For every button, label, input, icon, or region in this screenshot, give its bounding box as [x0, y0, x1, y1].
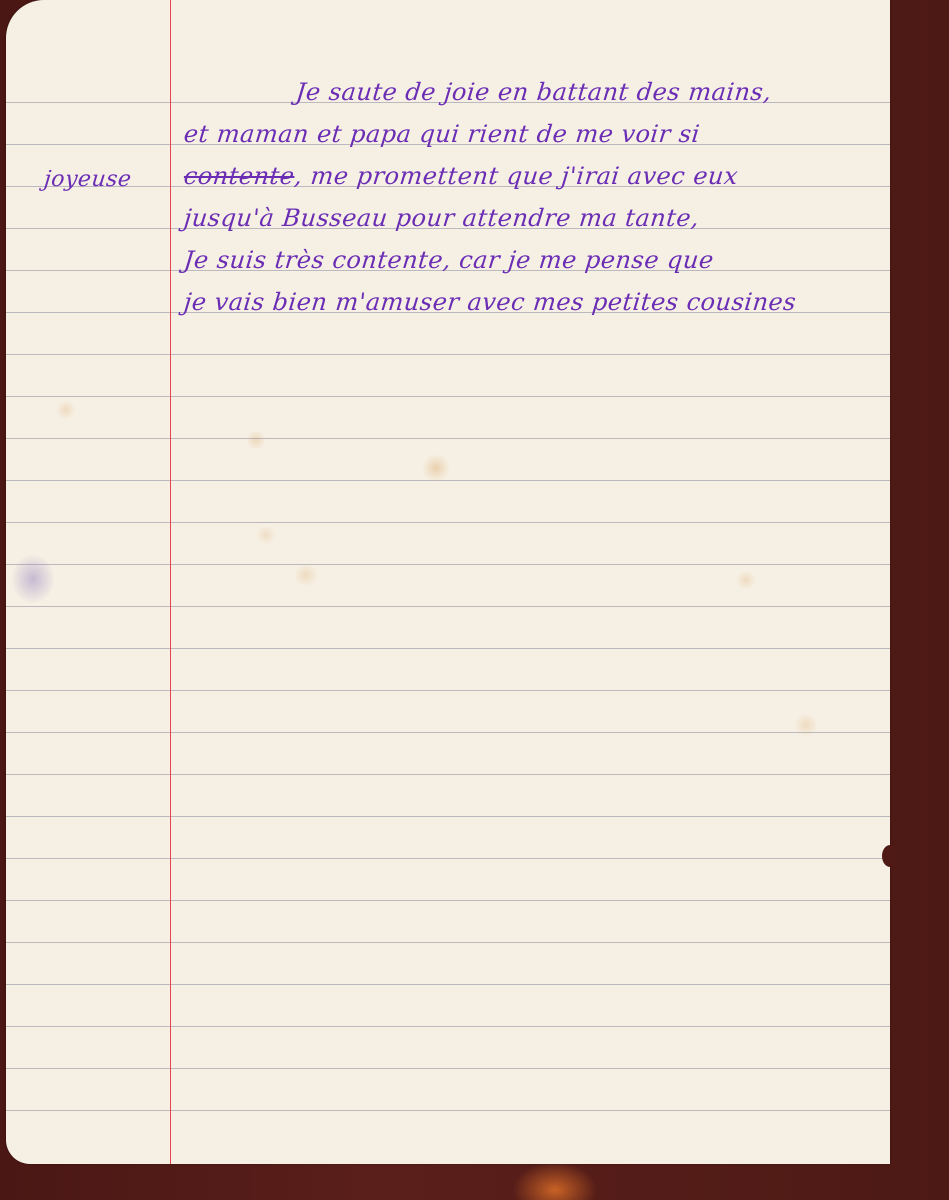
- text-line-3: contente, me promettent que j'irai avec …: [183, 162, 740, 190]
- margin-note: joyeuse: [43, 167, 133, 192]
- text-line-1: Je saute de joie en battant des mains,: [295, 78, 774, 106]
- text-line-6: je vais bien m'amuser avec mes petites c…: [183, 288, 798, 316]
- text-line-2: et maman et papa qui rient de me voir si: [183, 120, 702, 148]
- text-line-4: jusqu'à Busseau pour attendre ma tante,: [183, 204, 701, 232]
- red-margin-line: [170, 0, 171, 1164]
- torn-edge: [882, 845, 898, 867]
- ink-stain: [12, 555, 54, 603]
- struck-word: contente: [183, 162, 296, 190]
- text-line-5: Je suis très contente, car je me pense q…: [183, 246, 716, 274]
- notebook-page: joyeuse Je saute de joie en battant des …: [6, 0, 890, 1164]
- text-line-3-rest: , me promettent que j'irai avec eux: [293, 162, 740, 190]
